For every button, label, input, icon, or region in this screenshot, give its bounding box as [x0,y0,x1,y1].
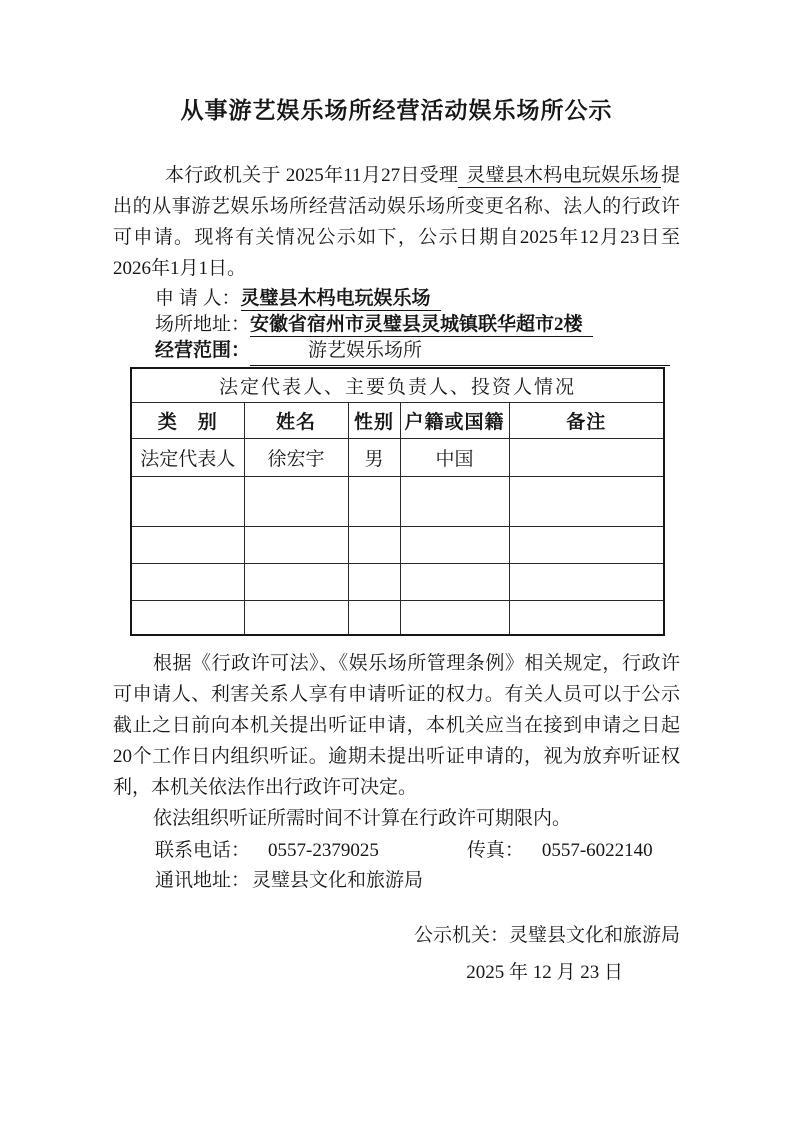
table-caption-row: 法定代表人、主要负责人、投资人情况 [131,368,664,402]
cell-category [131,563,244,600]
cell-remarks [509,600,664,635]
field-applicant: 申 请 人：灵璧县木杩电玩娱乐场 [113,286,680,312]
cell-category [131,526,244,563]
cell-name [244,600,348,635]
table-header-row: 类 别 姓名 性别 户籍或国籍 备注 [131,402,664,438]
cell-gender: 男 [348,438,400,476]
cell-gender [348,600,400,635]
hearing-time-paragraph: 依法组织听证所需时间不计算在行政许可期限内。 [113,803,680,834]
issuing-authority-name: 灵璧县文化和旅游局 [509,925,680,946]
intro-prefix: 本行政机关于 2025年11月27日受理 [165,165,458,186]
fax-number: 0557-6022140 [542,840,653,861]
fax-label: 传真： [467,840,524,861]
phone-label: 联系电话： [155,840,250,861]
hearing-rights-paragraph: 根据《行政许可法》、《娱乐场所管理条例》相关规定，行政许可申请人、利害关系人享有… [113,648,680,803]
field-address-value: 安徽省宿州市灵璧县灵城镇联华超市2楼 [250,314,593,337]
cell-remarks [509,438,664,476]
cell-name [244,526,348,563]
cell-name: 徐宏宇 [244,438,348,476]
application-fields: 申 请 人：灵璧县木杩电玩娱乐场 场所地址：安徽省宿州市灵璧县灵城镇联华超市2楼… [113,286,680,366]
cell-gender [348,526,400,563]
cell-name [244,476,348,526]
table-caption: 法定代表人、主要负责人、投资人情况 [131,368,664,402]
field-applicant-value: 灵璧县木杩电玩娱乐场 [241,288,441,311]
page-title: 从事游艺娱乐场所经营活动娱乐场所公示 [113,94,680,127]
field-business-scope-underline: 游艺娱乐场所 [250,338,670,366]
field-business-scope-label: 经营范围： [155,340,250,361]
intro-applicant-underlined: 灵璧县木杩电玩娱乐场 [458,165,661,188]
table-row [131,476,664,526]
cell-nationality [400,600,509,635]
cell-nationality: 中国 [400,438,509,476]
header-name: 姓名 [244,402,348,438]
table-row [131,563,664,600]
phone-number: 0557-2379025 [268,840,379,861]
cell-remarks [509,476,664,526]
table-row [131,526,664,563]
header-nationality: 户籍或国籍 [400,402,509,438]
cell-name [244,563,348,600]
issue-date: 2025 年 12 月 23 日 [113,957,680,988]
cell-nationality [400,526,509,563]
header-category: 类 别 [131,402,244,438]
header-remarks: 备注 [509,402,664,438]
contact-phone-line: 联系电话：0557-2379025传真：0557-6022140 [113,836,680,866]
cell-nationality [400,476,509,526]
field-address-label: 场所地址： [155,314,250,335]
issuing-authority-line: 公示机关：灵璧县文化和旅游局 [113,920,680,951]
cell-remarks [509,526,664,563]
mailing-address-label: 通讯地址： [155,870,250,891]
cell-gender [348,563,400,600]
document-page: 从事游艺娱乐场所经营活动娱乐场所公示 本行政机关于 2025年11月27日受理灵… [0,0,793,1122]
cell-remarks [509,563,664,600]
table-row [131,600,664,635]
field-applicant-label: 申 请 人： [155,288,241,309]
cell-category [131,476,244,526]
cell-nationality [400,563,509,600]
field-business-scope-value: 游艺娱乐场所 [250,340,422,361]
mailing-address-value: 灵璧县文化和旅游局 [252,870,423,891]
cell-gender [348,476,400,526]
contact-address-line: 通讯地址：灵璧县文化和旅游局 [113,866,680,896]
cell-category: 法定代表人 [131,438,244,476]
legal-representatives-table: 法定代表人、主要负责人、投资人情况 类 别 姓名 性别 户籍或国籍 备注 法定代… [130,367,665,636]
table-row: 法定代表人 徐宏宇 男 中国 [131,438,664,476]
intro-paragraph: 本行政机关于 2025年11月27日受理灵璧县木杩电玩娱乐场提出的从事游艺娱乐场… [113,160,680,284]
header-gender: 性别 [348,402,400,438]
field-business-scope: 经营范围：游艺娱乐场所 [113,338,680,366]
cell-category [131,600,244,635]
issuing-authority-label: 公示机关： [414,925,509,946]
field-address: 场所地址：安徽省宿州市灵璧县灵城镇联华超市2楼 [113,312,680,338]
